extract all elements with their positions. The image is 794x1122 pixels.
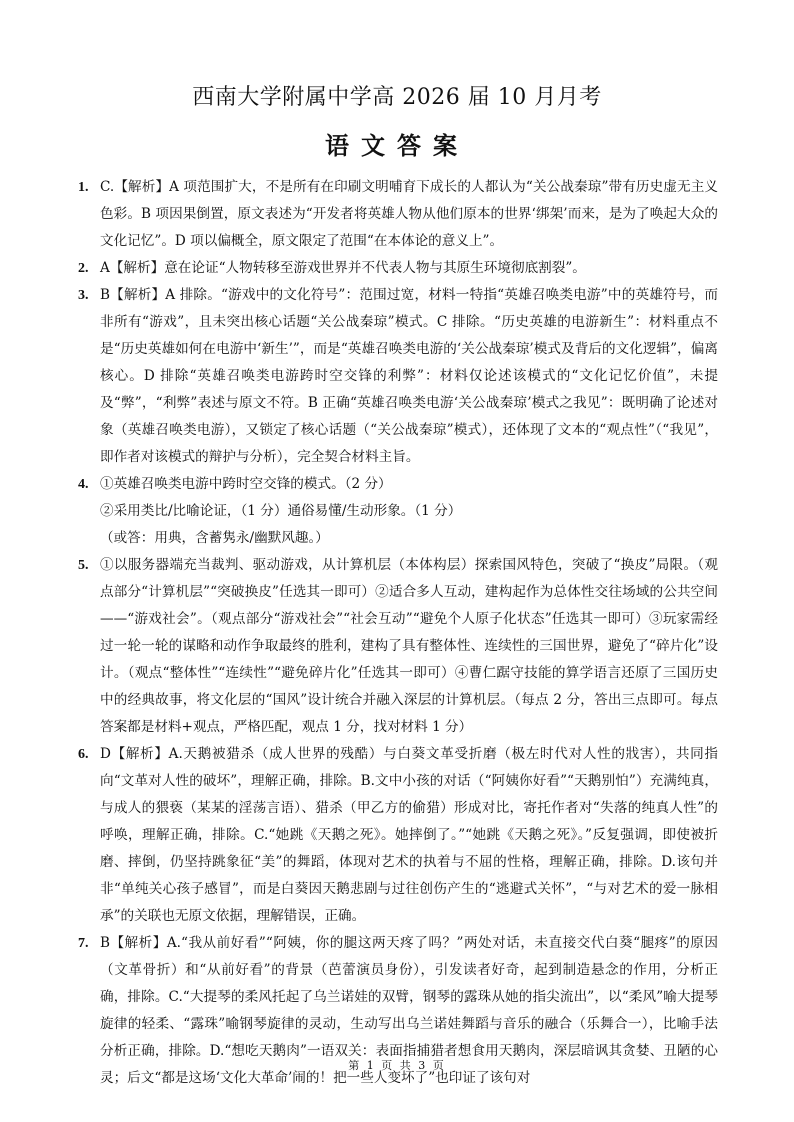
answer-number: 5. bbox=[78, 552, 89, 579]
answer-text: ②采用类比/比喻论证，（1 分）通俗易懂/生动形象。（1 分） bbox=[100, 498, 718, 525]
answer-item-2: 2. A【解析】意在论证“人物转移至游戏世界并不代表人物与其原生环境彻底割裂”。 bbox=[78, 255, 718, 282]
page-footer: 第 1 页 共 3 页 bbox=[0, 1057, 794, 1073]
answer-number: 2. bbox=[78, 255, 89, 282]
answer-item-1: 1. C.【解析】A 项范围扩大，不是所有在印刷文明哺育下成长的人都认为“关公战… bbox=[78, 174, 718, 255]
document-subtitle: 语文答案 bbox=[0, 126, 794, 161]
answer-item-6: 6. D【解析】A.天鹅被猎杀（成人世界的残酷）与白葵文革受折磨（极左时代对人性… bbox=[78, 741, 718, 930]
answer-number: 4. bbox=[78, 471, 89, 498]
answer-number: 7. bbox=[78, 930, 89, 957]
answer-text: A【解析】意在论证“人物转移至游戏世界并不代表人物与其原生环境彻底割裂”。 bbox=[100, 255, 718, 282]
document-title: 西南大学附属中学高 2026 届 10 月月考 bbox=[0, 80, 794, 111]
answer-number: 6. bbox=[78, 741, 89, 768]
answer-text: B【解析】A 排除。“游戏中的文化符号”：范围过宽，材料一特指“英雄召唤类电游”… bbox=[100, 282, 718, 471]
answer-number: 1. bbox=[78, 174, 89, 201]
answer-list: 1. C.【解析】A 项范围扩大，不是所有在印刷文明哺育下成长的人都认为“关公战… bbox=[78, 174, 718, 1092]
answer-text: C.【解析】A 项范围扩大，不是所有在印刷文明哺育下成长的人都认为“关公战秦琼”… bbox=[100, 174, 718, 255]
answer-number: 3. bbox=[78, 282, 89, 309]
answer-text: D【解析】A.天鹅被猎杀（成人世界的残酷）与白葵文革受折磨（极左时代对人性的戕害… bbox=[100, 741, 718, 930]
answer-text: ①以服务器端充当裁判、驱动游戏，从计算机层（本体构层）探索国风特色，突破了“换皮… bbox=[100, 552, 718, 741]
answer-text: ①英雄召唤类电游中跨时空交锋的模式。（2 分） bbox=[100, 471, 718, 498]
answer-item-4: 4. ①英雄召唤类电游中跨时空交锋的模式。（2 分） ②采用类比/比喻论证，（1… bbox=[78, 471, 718, 552]
answer-text: （或答：用典，含蓄隽永/幽默风趣。） bbox=[100, 525, 718, 552]
answer-item-3: 3. B【解析】A 排除。“游戏中的文化符号”：范围过宽，材料一特指“英雄召唤类… bbox=[78, 282, 718, 471]
answer-item-5: 5. ①以服务器端充当裁判、驱动游戏，从计算机层（本体构层）探索国风特色，突破了… bbox=[78, 552, 718, 741]
